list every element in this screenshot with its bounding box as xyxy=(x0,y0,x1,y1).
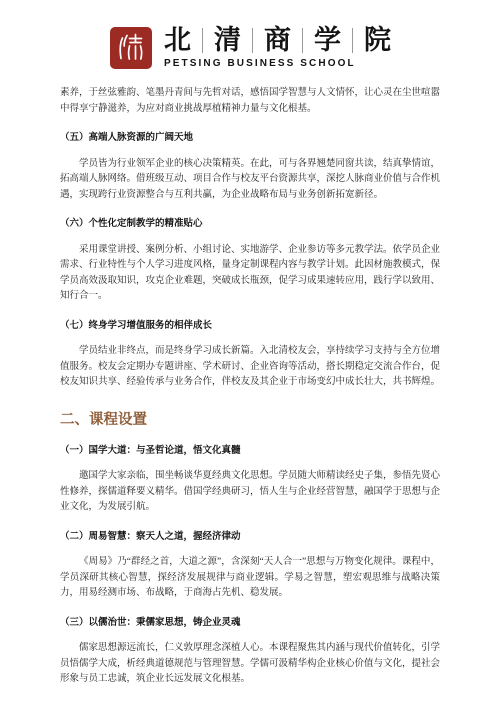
paragraph: 采用课堂讲授、案例分析、小组讨论、实地游学、企业参访等多元教学法。依学员企业需求… xyxy=(60,243,440,305)
paragraph: 儒家思想源远流长，仁义敦厚理念深植人心。本课程聚焦其内涵与现代价值转化，引学员悟… xyxy=(60,641,440,688)
subsection-heading: （七）终身学习增值服务的相伴成长 xyxy=(60,319,440,335)
logo-title-char: 北 xyxy=(164,27,191,54)
logo-divider xyxy=(202,28,203,53)
paragraph: 学员结业非终点，而是终身学习成长新篇。入北清校友会，享持续学习支持与全方位增值服… xyxy=(60,344,440,391)
paragraph: 《周易》乃“群经之首，大道之源”，含深刻“天人合一”思想与万物变化规律。课程中，… xyxy=(60,555,440,602)
logo-title-char: 学 xyxy=(314,27,341,54)
document-content: 素养，于丝弦雅韵、笔墨丹青间与先哲对话，感悟国学智慧与人文情怀，让心灵在尘世喧嚣… xyxy=(0,70,500,688)
document-page: 北 清 商 学 院 PETSING BUSINESS SCHOOL 素养，于丝弦… xyxy=(0,0,500,710)
subsection-heading: （二）周易智慧：察天人之道，握经济律动 xyxy=(60,530,440,546)
paragraph: 邀国学大家亲临，围坐畅谈华夏经典文化思想。学员随大师精读经史子集，参悟先贤心性修… xyxy=(60,469,440,516)
logo-divider xyxy=(352,28,353,53)
logo-title-char: 院 xyxy=(364,27,391,54)
logo-title: 北 清 商 学 院 xyxy=(164,27,391,54)
seal-icon xyxy=(109,26,153,70)
subsection-heading: （六）个性化定制教学的精准贴心 xyxy=(60,217,440,233)
paragraph: 素养，于丝弦雅韵、笔墨丹青间与先哲对话，感悟国学智慧与人文情怀，让心灵在尘世喧嚣… xyxy=(60,86,440,117)
paragraph: 学员皆为行业领军企业的核心决策精英。在此，可与各界翘楚同窗共读，结真挚情谊，拓高… xyxy=(60,157,440,204)
section-heading: 二、课程设置 xyxy=(60,410,440,430)
subsection-heading: （一）国学大道：与圣哲论道，悟文化真髓 xyxy=(60,444,440,460)
logo-divider xyxy=(302,28,303,53)
subsection-heading: （三）以儒治世：秉儒家思想，铸企业灵魂 xyxy=(60,616,440,632)
subsection-heading: （五）高端人脉资源的广阔天地 xyxy=(60,131,440,147)
logo-title-char: 清 xyxy=(214,27,241,54)
logo-divider xyxy=(252,28,253,53)
logo-subtitle: PETSING BUSINESS SCHOOL xyxy=(164,58,356,69)
logo-text: 北 清 商 学 院 PETSING BUSINESS SCHOOL xyxy=(164,27,391,69)
school-logo: 北 清 商 学 院 PETSING BUSINESS SCHOOL xyxy=(0,0,500,70)
logo-title-char: 商 xyxy=(264,27,291,54)
